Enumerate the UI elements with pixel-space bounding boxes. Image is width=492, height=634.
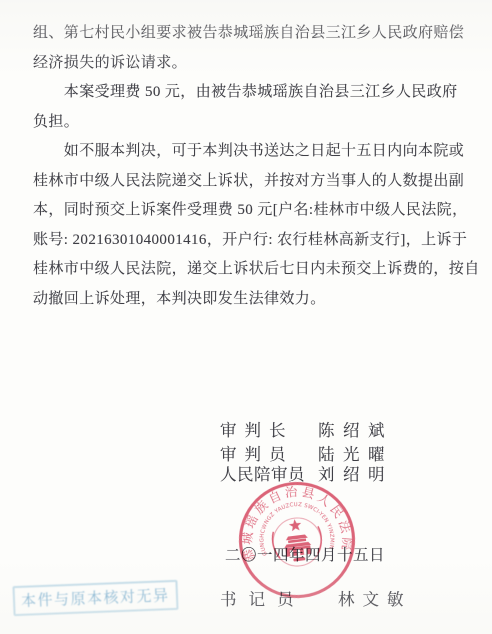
verification-stamp: 本件与原本核对无异: [12, 580, 178, 616]
body-line: 桂林市中级人民法院递交上诉状，并按对方当事人的人数提出副: [33, 167, 473, 197]
body-line: 组、第七村民小组要求被告恭城瑶族自治县三江乡人民政府赔偿: [33, 19, 473, 49]
signature-row-peoples-assessor: 人民陪审员刘绍明: [220, 461, 393, 483]
body-line: 桂林市中级人民法院，递交上诉状后七日内未预交上诉费的，按自: [33, 255, 473, 285]
body-line: 负担。: [33, 108, 473, 138]
signature-row-judge: 审判员陆光曜: [220, 441, 393, 463]
signature-name: 刘绍明: [318, 465, 393, 484]
body-line: 本案受理费 50 元，由被告恭城瑶族自治县三江乡人民政府: [33, 78, 473, 108]
body-line: 动撤回上诉处理，本判决即发生法律效力。: [33, 285, 473, 315]
body-line: 经济损失的诉讼请求。: [33, 49, 473, 79]
body-text: 组、第七村民小组要求被告恭城瑶族自治县三江乡人民政府赔偿 经济损失的诉讼请求。 …: [33, 19, 473, 314]
signature-role: 人民陪审员: [220, 461, 318, 485]
signature-row-presiding-judge: 审判长陈绍斌: [220, 417, 393, 439]
body-line: 本，同时预交上诉案件受理费 50 元[户名:桂林市中级人民法院，: [33, 196, 473, 226]
signature-name: 林文敏: [338, 590, 412, 609]
judgment-page: 组、第七村民小组要求被告恭城瑶族自治县三江乡人民政府赔偿 经济损失的诉讼请求。 …: [0, 0, 492, 634]
body-line: 账号: 20216301040001416，开户行: 农行桂林高新支行]，上诉于: [33, 226, 473, 256]
body-line: 如不服本判决，可于本判决书送达之日起十五日内向本院或: [33, 137, 473, 167]
signature-role: 书记员: [220, 586, 338, 610]
signature-row-clerk: 书记员林文敏: [220, 586, 412, 608]
judgment-date: 二〇一四年四月十五日: [225, 543, 385, 565]
seal-outer-ring: [234, 477, 360, 603]
signature-name: 陈绍斌: [318, 421, 393, 440]
signature-role: 审判长: [220, 417, 318, 441]
